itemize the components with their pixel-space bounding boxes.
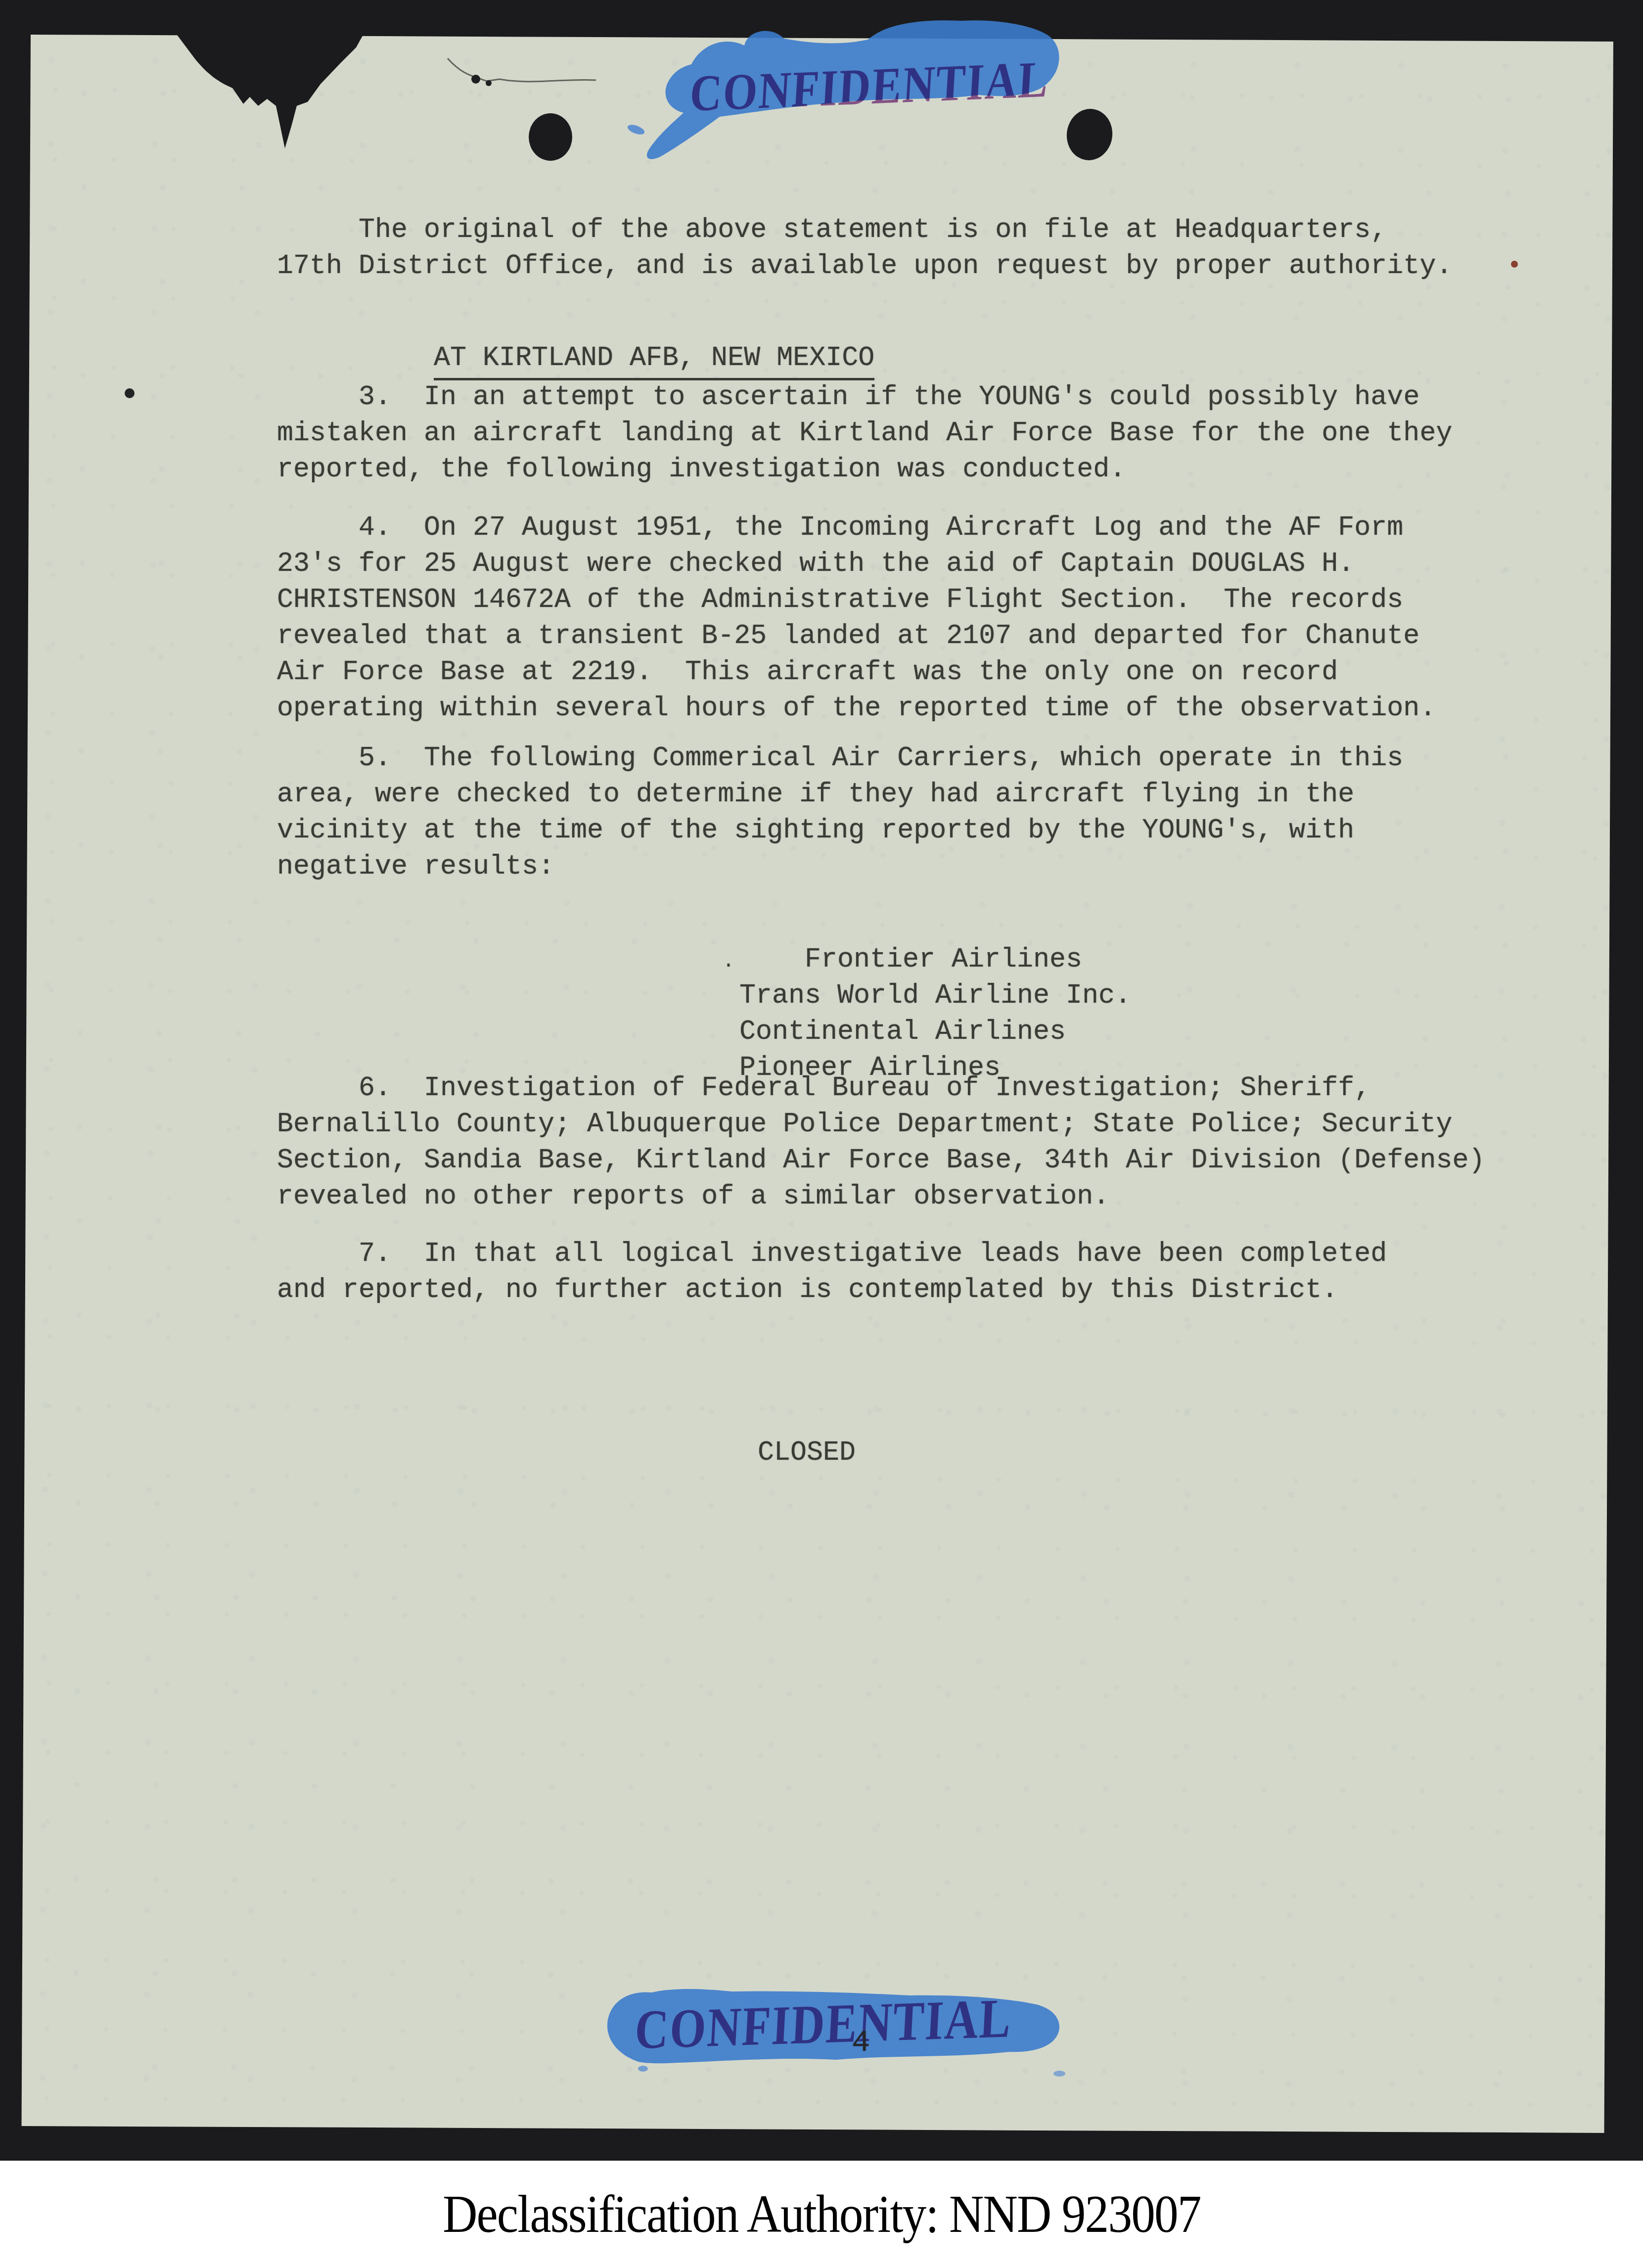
paragraph-7: 7. In that all logical investigative lea… xyxy=(277,1236,1387,1308)
stray-period-mark: · xyxy=(723,948,734,984)
airline-list-items: Frontier Airlines Trans World Airline In… xyxy=(739,944,1131,1083)
section-heading-text: AT KIRTLAND AFB, NEW MEXICO xyxy=(434,340,874,380)
declassification-text: Declassification Authority: NND 923007 xyxy=(443,2184,1200,2245)
paragraph-1: The original of the above statement is o… xyxy=(277,212,1452,284)
declassification-bar: Declassification Authority: NND 923007 xyxy=(0,2161,1643,2268)
scanned-document: CONFIDENTIAL CONFIDENTIAL The original o… xyxy=(0,0,1643,2268)
paragraph-3: 3. In an attempt to ascertain if the YOU… xyxy=(277,379,1452,487)
paragraph-4: 4. On 27 August 1951, the Incoming Aircr… xyxy=(277,509,1436,726)
paragraph-5: 5. The following Commerical Air Carriers… xyxy=(277,740,1403,884)
closed-status: CLOSED xyxy=(758,1435,856,1471)
page-number: 4 xyxy=(852,2025,870,2060)
confidential-stamp-bottom: CONFIDENTIAL xyxy=(634,1990,1013,2058)
paragraph-6: 6. Investigation of Federal Bureau of In… xyxy=(277,1070,1485,1214)
